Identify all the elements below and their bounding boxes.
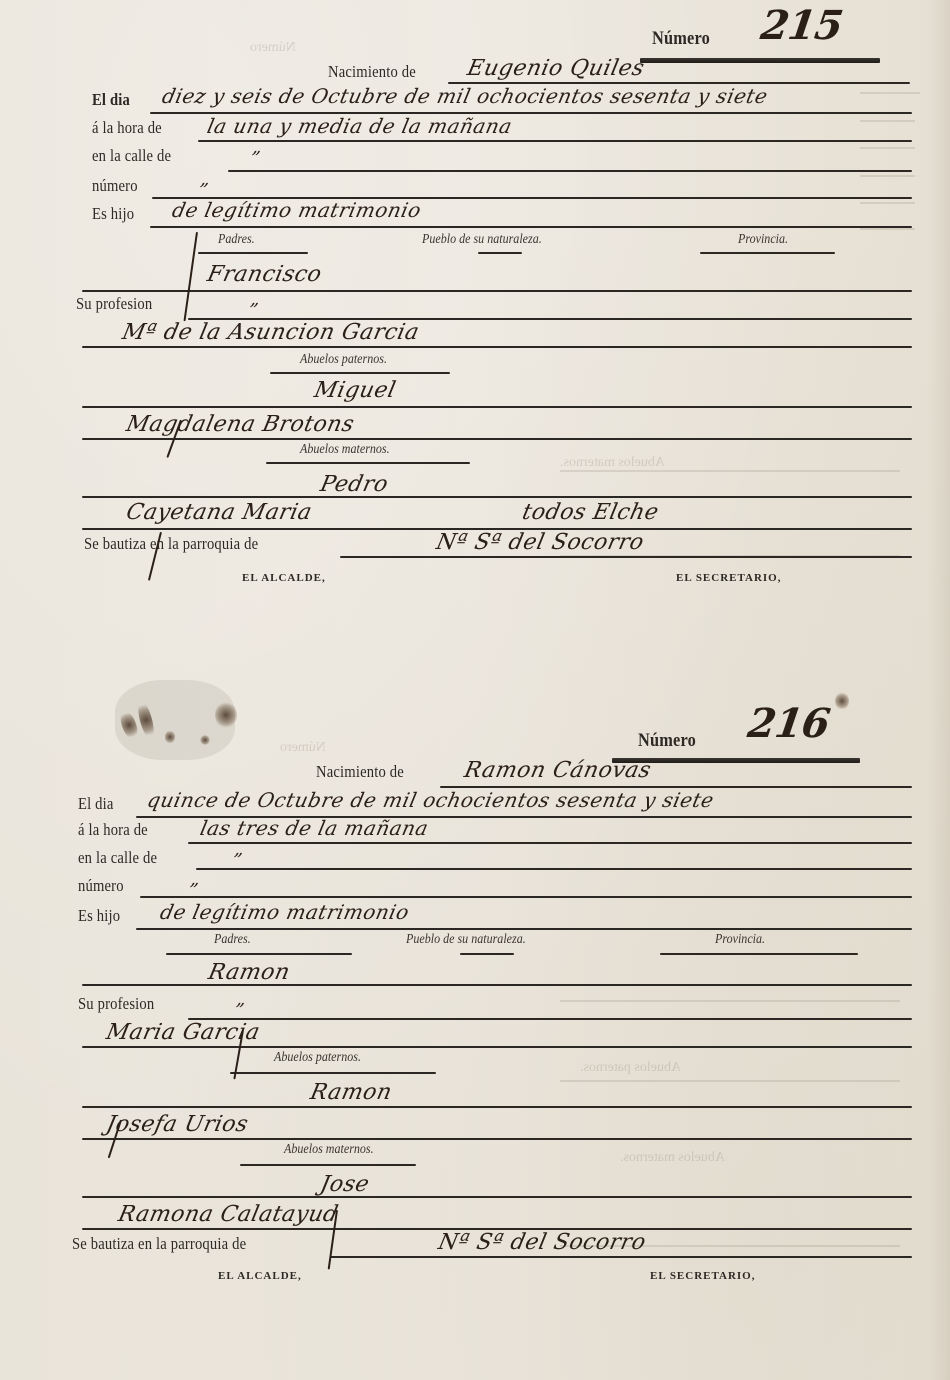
nacimiento-label: Nacimiento de: [316, 762, 404, 782]
field-rule: [82, 984, 912, 986]
street: ”: [248, 148, 262, 169]
legitimacy: de legítimo matrimonio: [158, 900, 412, 924]
paternal-grandmother: Magdalena Brotons: [124, 412, 357, 437]
column-rule: [460, 953, 514, 955]
bleed-through-text: Abuelos paternos.: [580, 1060, 681, 1076]
field-rule: [82, 496, 912, 498]
numero-label: Número: [638, 730, 696, 752]
field-rule: [198, 140, 912, 142]
field-rule: [188, 842, 912, 844]
calle-label: en la calle de: [78, 848, 157, 868]
numero-label: Número: [652, 28, 710, 50]
numero-casa-label: número: [78, 876, 124, 896]
bleed-through-line: [860, 228, 915, 230]
parish: Nª Sª del Socorro: [436, 1230, 648, 1255]
bleed-through-line: [560, 1080, 900, 1082]
column-rule: [270, 372, 450, 374]
col-provincia: Provincia.: [715, 932, 765, 948]
father-name: Ramon: [206, 960, 292, 985]
parroquia-label: Se bautiza en la parroquia de: [84, 534, 258, 554]
field-rule: [82, 1106, 912, 1108]
child-name: Ramon Cánovas: [462, 758, 653, 783]
column-rule: [198, 252, 308, 254]
number-underline: [640, 58, 880, 63]
profesion-label: Su profesion: [76, 294, 152, 314]
column-rule: [240, 1164, 416, 1166]
secretario-signature-label: EL SECRETARIO,: [676, 572, 782, 584]
hijo-label: Es hijo: [92, 204, 134, 224]
bleed-through-text: Abuelos maternos.: [620, 1150, 725, 1166]
field-rule: [82, 406, 912, 408]
secretario-signature-label: EL SECRETARIO,: [650, 1270, 756, 1282]
maternal-grandfather: Jose: [318, 1172, 372, 1197]
column-rule: [700, 252, 835, 254]
field-rule: [196, 868, 912, 870]
paternal-grandfather: Ramon: [308, 1080, 394, 1105]
field-rule: [82, 438, 912, 440]
field-rule: [82, 1196, 912, 1198]
bleed-through-text: Número: [280, 740, 326, 756]
bleed-through-text: Número: [250, 40, 296, 56]
column-rule: [266, 462, 470, 464]
col-padres: Padres.: [214, 932, 251, 948]
abuelos-maternos-label: Abuelos maternos.: [300, 442, 390, 458]
parish: Nª Sª del Socorro: [434, 530, 646, 555]
field-rule: [136, 928, 912, 930]
ink-stain: [215, 702, 237, 728]
field-rule: [340, 556, 912, 558]
maternal-grandmother: Ramona Calatayud: [116, 1202, 341, 1227]
ink-stain: [835, 692, 849, 710]
mother-name: Mª de la Asuncion Garcia: [120, 320, 422, 345]
birth-time: las tres de la mañana: [198, 816, 431, 840]
calle-label: en la calle de: [92, 146, 171, 166]
bleed-through-text: Abuelos maternos.: [560, 455, 665, 471]
numero-casa-label: número: [92, 176, 138, 196]
hora-label: á la hora de: [78, 820, 148, 840]
dia-label: El dia: [92, 90, 130, 110]
bleed-through-line: [560, 1000, 900, 1002]
field-rule: [330, 1256, 912, 1258]
paternal-grandfather: Miguel: [312, 378, 398, 403]
page-edge: [928, 0, 950, 1380]
nacimiento-label: Nacimiento de: [328, 62, 416, 82]
abuelos-paternos-label: Abuelos paternos.: [300, 352, 387, 368]
bleed-through-line: [860, 92, 920, 94]
field-rule: [140, 896, 912, 898]
hora-label: á la hora de: [92, 118, 162, 138]
alcalde-signature-label: EL ALCALDE,: [218, 1270, 302, 1282]
ink-stain: [165, 730, 175, 744]
ink-stain: [200, 735, 210, 745]
register-page: Abuelos maternos. Abuelos paternos. Abue…: [0, 0, 950, 1380]
record-number: 215: [758, 2, 845, 49]
abuelos-paternos-label: Abuelos paternos.: [274, 1050, 361, 1066]
father-name: Francisco: [205, 262, 324, 287]
column-rule: [660, 953, 858, 955]
birth-time: la una y media de la mañana: [205, 114, 514, 138]
birth-date: diez y seis de Octubre de mil ochociento…: [160, 84, 770, 108]
field-rule: [82, 1138, 912, 1140]
field-rule: [188, 1018, 912, 1020]
col-provincia: Provincia.: [738, 232, 788, 248]
dia-label: El dia: [78, 794, 114, 814]
bleed-through-line: [860, 120, 915, 122]
column-rule: [478, 252, 522, 254]
child-name: Eugenio Quiles: [465, 56, 647, 81]
bleed-through-line: [860, 175, 915, 177]
bleed-through-line: [860, 147, 915, 149]
hijo-label: Es hijo: [78, 906, 120, 926]
abuelos-maternos-label: Abuelos maternos.: [284, 1142, 374, 1158]
field-rule: [228, 170, 912, 172]
column-rule: [166, 953, 352, 955]
col-pueblo: Pueblo de su naturaleza.: [422, 232, 542, 248]
col-pueblo: Pueblo de su naturaleza.: [406, 932, 526, 948]
profesion-label: Su profesion: [78, 994, 154, 1014]
record-number: 216: [745, 700, 832, 747]
origin-note: todos Elche: [520, 500, 661, 525]
birth-date: quince de Octubre de mil ochocientos ses…: [145, 788, 716, 812]
alcalde-signature-label: EL ALCALDE,: [242, 572, 326, 584]
field-rule: [82, 346, 912, 348]
maternal-grandfather: Pedro: [318, 472, 391, 497]
legitimacy: de legítimo matrimonio: [170, 198, 424, 222]
field-rule: [82, 1046, 912, 1048]
maternal-grandmother: Cayetana Maria: [124, 500, 314, 525]
paternal-grandmother: Josefa Urios: [104, 1112, 251, 1137]
field-rule: [82, 290, 912, 292]
parroquia-label: Se bautiza en la parroquia de: [72, 1234, 246, 1254]
mother-name: Maria Garcia: [104, 1020, 262, 1045]
pen-flourish: [183, 232, 198, 321]
bleed-through-line: [860, 202, 915, 204]
col-padres: Padres.: [218, 232, 255, 248]
column-rule: [230, 1072, 436, 1074]
field-rule: [150, 226, 912, 228]
